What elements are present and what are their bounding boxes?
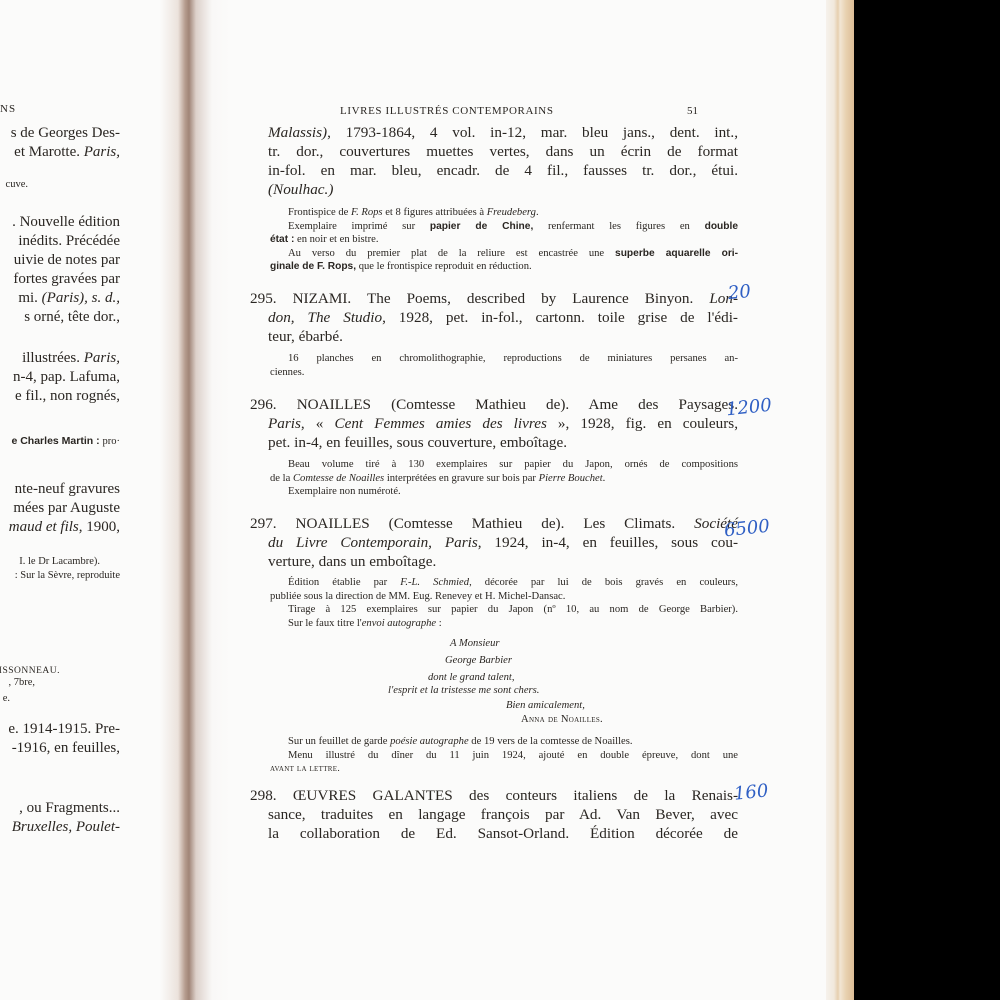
entry-number: 298. bbox=[250, 787, 277, 804]
book-spread: NS s de Georges Des- et Marotte. Paris, … bbox=[0, 0, 836, 1000]
page-number: 51 bbox=[687, 105, 698, 117]
left-text-line: uivie de notes par bbox=[14, 251, 120, 270]
left-note-line: I. le Dr Lacambre). bbox=[19, 555, 100, 569]
catalog-entry-295: 295. NIZAMI. The Poems, described by Lau… bbox=[250, 289, 738, 346]
left-text-line: s orné, tête dor., bbox=[24, 308, 120, 327]
left-text-line: -1916, en feuilles, bbox=[12, 739, 120, 758]
entry-note: Frontispice de F. Rops et 8 figures attr… bbox=[270, 206, 738, 274]
catalog-entry-296: 296. NOAILLES (Comtesse Mathieu de). Ame… bbox=[250, 395, 738, 452]
left-text-line: illustrées. Paris, bbox=[22, 349, 120, 368]
left-note-line: , 7bre, bbox=[8, 676, 35, 690]
entry-note: Édition établie par F.-L. Schmied, décor… bbox=[270, 576, 738, 630]
left-note-line: cuve. bbox=[6, 178, 28, 192]
dedication-line: dont le grand talent, bbox=[428, 672, 515, 683]
left-text-line: fortes gravées par bbox=[13, 270, 120, 289]
left-text-line: Bruxelles, Poulet- bbox=[12, 818, 120, 837]
page-edge bbox=[826, 0, 854, 1000]
left-text-line: et Marotte. Paris, bbox=[14, 143, 120, 162]
entry-number: 296. bbox=[250, 396, 277, 413]
left-text-line: mées par Auguste bbox=[13, 499, 120, 518]
left-running-head: NS bbox=[0, 103, 16, 115]
left-note-line: : Sur la Sèvre, reproduite bbox=[15, 569, 120, 583]
dedication-signature: Anna de Noailles. bbox=[521, 714, 603, 725]
pencil-price-annotation: 6500 bbox=[723, 516, 771, 542]
pencil-price-annotation: 1200 bbox=[725, 395, 773, 421]
dedication-line: A Monsieur bbox=[450, 638, 500, 649]
left-text-line: e fil., non rognés, bbox=[15, 387, 120, 406]
left-note-line: e Charles Martin : pro· bbox=[11, 434, 120, 449]
left-text-line: inédits. Précédée bbox=[18, 232, 120, 251]
entry-number: 295. bbox=[250, 290, 277, 307]
catalog-entry-298: 298. ŒUVRES GALANTES des conteurs italie… bbox=[250, 786, 738, 843]
pencil-price-annotation: 20 bbox=[727, 281, 752, 304]
left-text-line: e. 1914-1915. Pre- bbox=[8, 720, 120, 739]
entry-note: Sur un feuillet de garde poésie autograp… bbox=[270, 735, 738, 777]
left-text-line: . Nouvelle édition bbox=[12, 213, 120, 232]
left-text-line: s de Georges Des- bbox=[11, 124, 120, 143]
dedication-line: George Barbier bbox=[445, 655, 512, 666]
catalog-entry-297: 297. NOAILLES (Comtesse Mathieu de). Les… bbox=[250, 514, 738, 571]
left-note-line: e. bbox=[3, 692, 10, 706]
left-text-line: nte-neuf gravures bbox=[15, 480, 120, 499]
pencil-price-annotation: 160 bbox=[733, 780, 769, 804]
left-text-line: , ou Fragments... bbox=[19, 799, 120, 818]
entry-number: 297. bbox=[250, 515, 277, 532]
left-text-line: maud et fils, 1900, bbox=[9, 518, 120, 537]
left-page: NS s de Georges Des- et Marotte. Paris, … bbox=[0, 0, 160, 1000]
entry-note: Beau volume tiré à 130 exemplaires sur p… bbox=[270, 458, 738, 499]
running-head: LIVRES ILLUSTRÉS CONTEMPORAINS bbox=[340, 105, 554, 117]
right-page: LIVRES ILLUSTRÉS CONTEMPORAINS 51 Malass… bbox=[230, 0, 830, 1000]
entry-note: 16 planches en chromolithographie, repro… bbox=[270, 352, 738, 379]
dedication-line: Bien amicalement, bbox=[506, 700, 585, 711]
left-text-line: n-4, pap. Lafuma, bbox=[13, 368, 120, 387]
left-text-line: mi. (Paris), s. d., bbox=[18, 289, 120, 308]
book-gutter bbox=[160, 0, 230, 1000]
entry-continuation: Malassis), 1793-1864, 4 vol. in-12, mar.… bbox=[250, 123, 738, 199]
dedication-line: l'esprit et la tristesse me sont chers. bbox=[388, 685, 539, 696]
